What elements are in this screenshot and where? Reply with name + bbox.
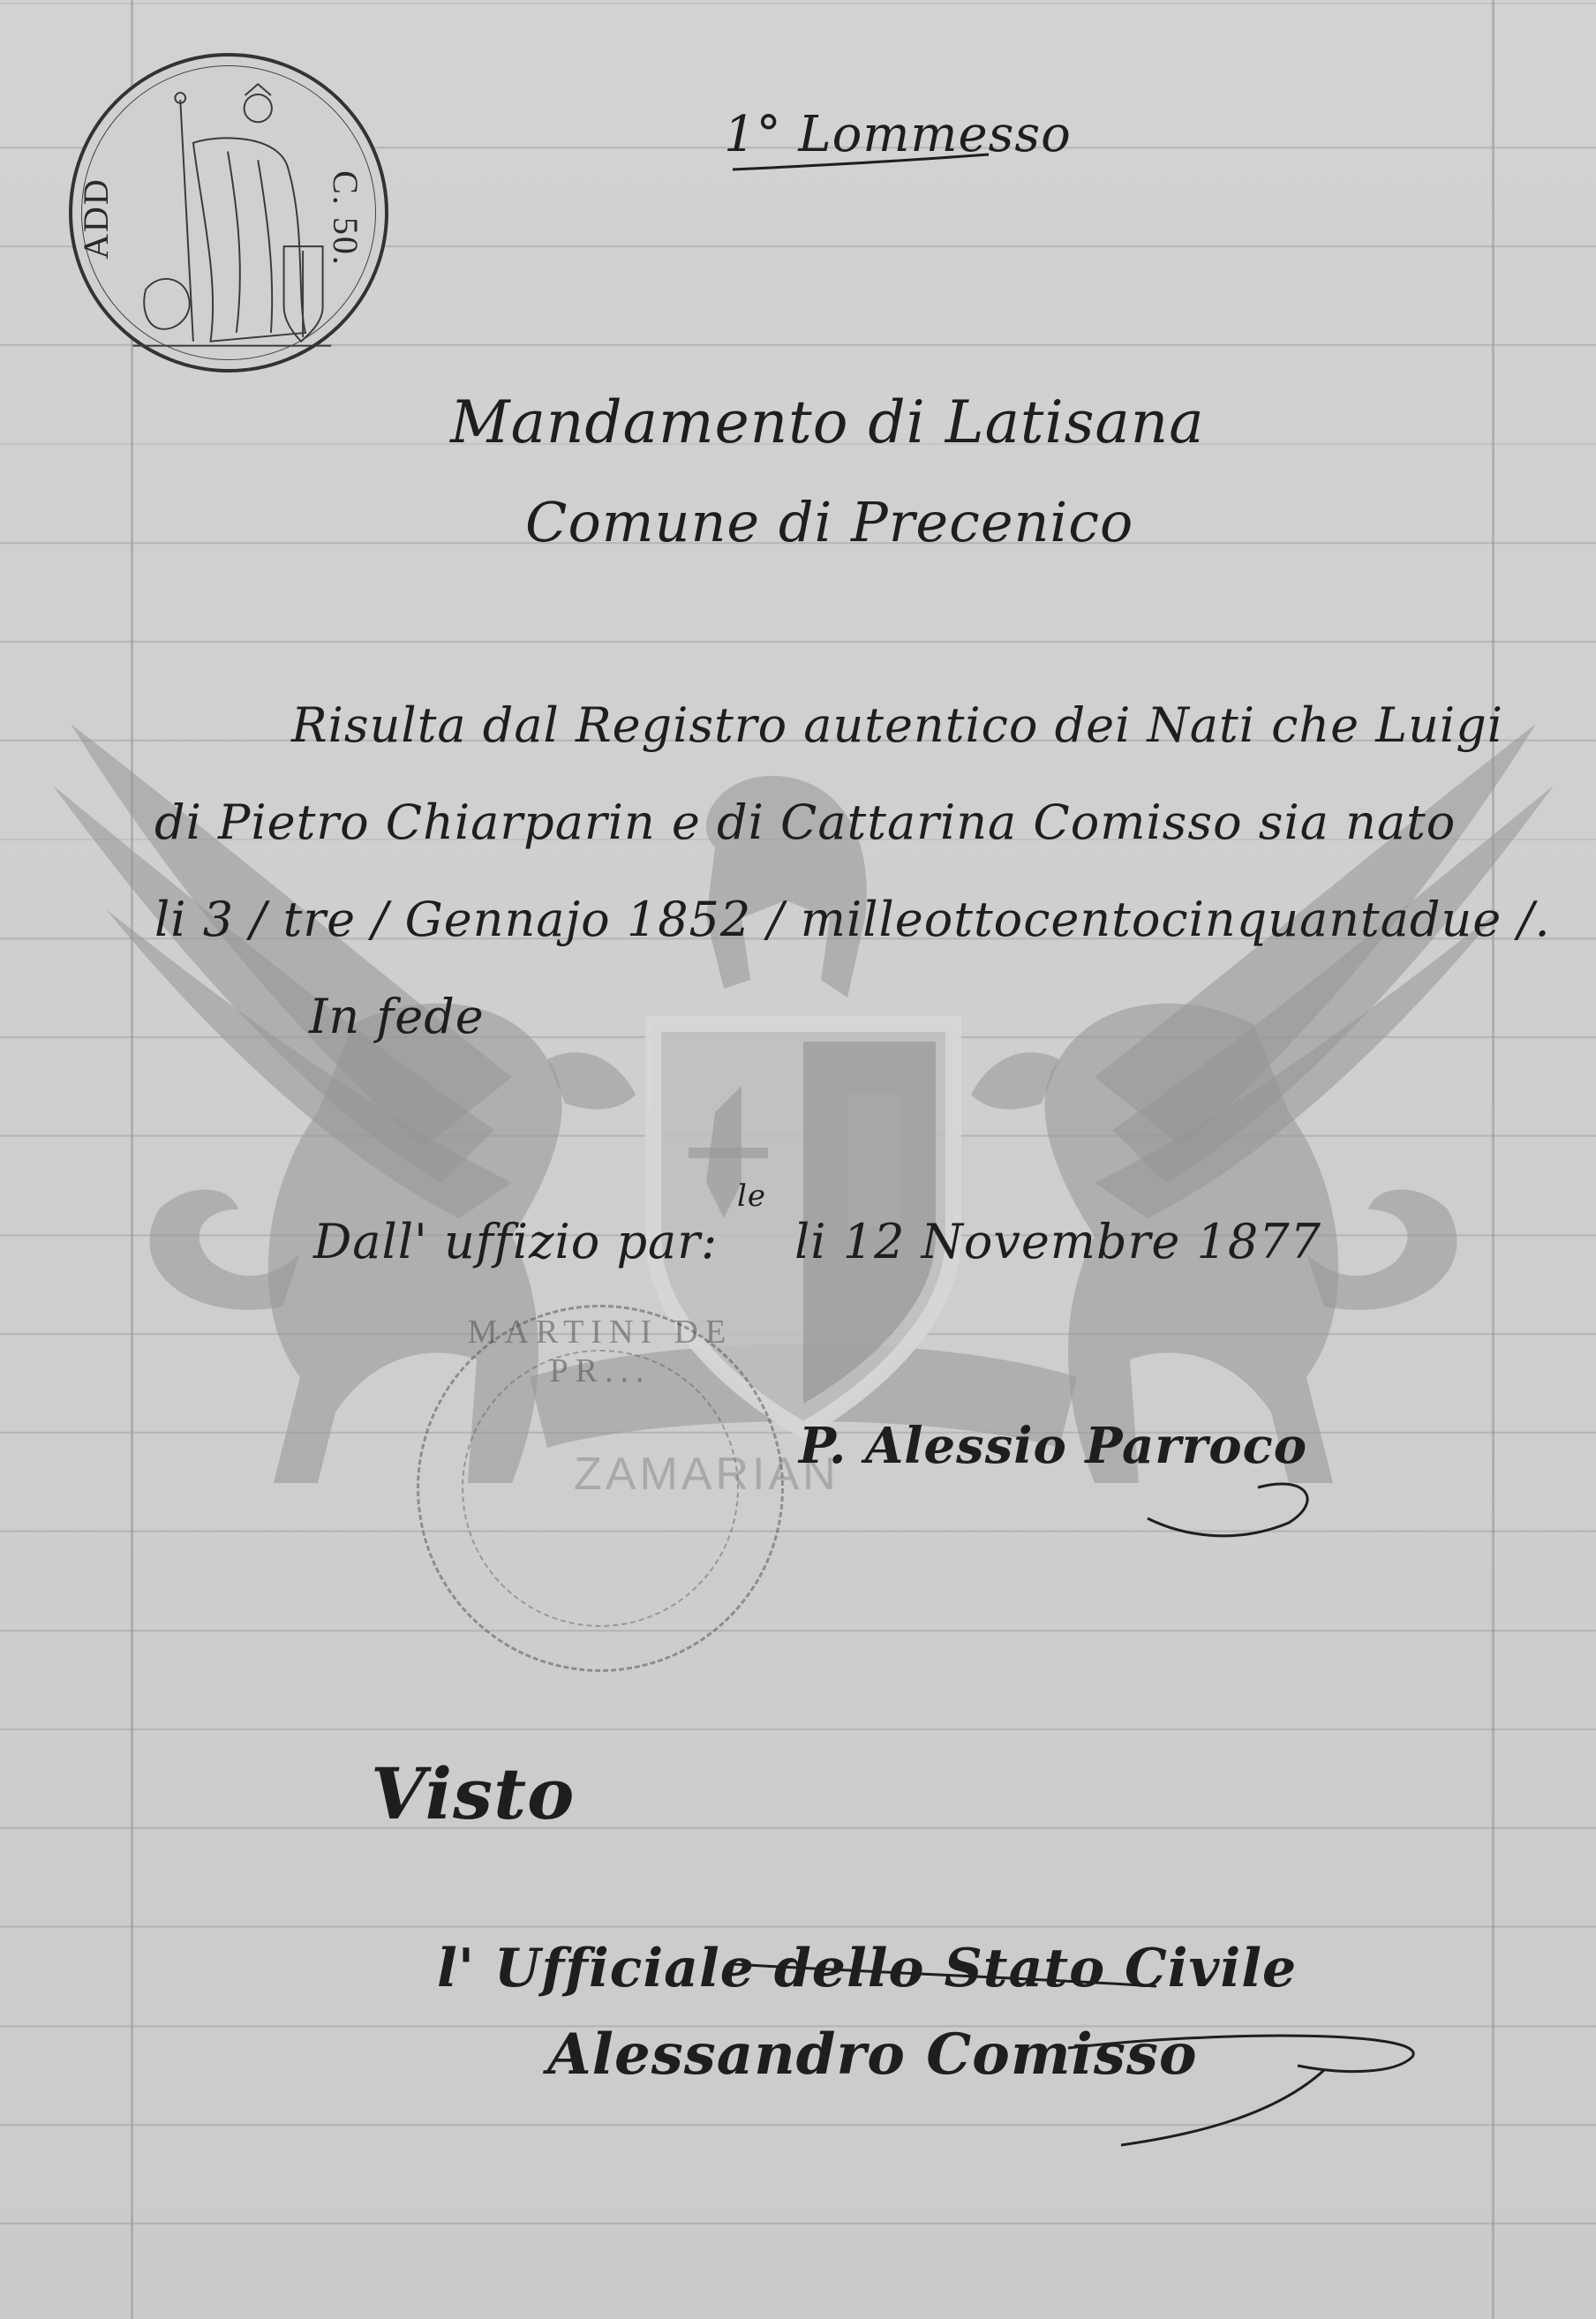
date-line-prefix: Dall' uffizio par: xyxy=(313,1214,718,1269)
revenue-stamp: ADD C. 50. xyxy=(69,53,388,373)
parish-seal: MARTINI DE PR... xyxy=(417,1305,784,1672)
visto-label: Visto xyxy=(371,1752,575,1835)
body-line-2: di Pietro Chiarparin e di Cattarina Comi… xyxy=(154,794,1456,850)
heading-comune: Comune di Precenico xyxy=(525,490,1133,554)
date-line-date: li 12 Novembre 1877 xyxy=(794,1214,1321,1269)
closing-in-fede: In fede xyxy=(309,989,485,1044)
official-signature: Alessandro Comisso xyxy=(547,2022,1198,2088)
heading-mandamento: Mandamento di Latisana xyxy=(450,388,1205,456)
revenue-stamp-left-text: ADD xyxy=(75,177,117,260)
parish-seal-text: MARTINI DE PR... xyxy=(419,1313,781,1390)
priest-signature: P. Alessio Parroco xyxy=(799,1417,1307,1475)
body-line-1: Risulta dal Registro autentico dei Nati … xyxy=(291,697,1503,753)
header-note: 1° Lommesso xyxy=(724,106,1072,163)
date-line-superscript: le xyxy=(737,1178,766,1214)
margin-line-right xyxy=(1492,0,1494,2319)
revenue-stamp-value: C. 50. xyxy=(325,170,366,267)
official-line: l' Ufficiale dello Stato Civile xyxy=(437,1938,1297,1999)
body-line-3: li 3 / tre / Gennajo 1852 / milleottocen… xyxy=(154,892,1551,947)
